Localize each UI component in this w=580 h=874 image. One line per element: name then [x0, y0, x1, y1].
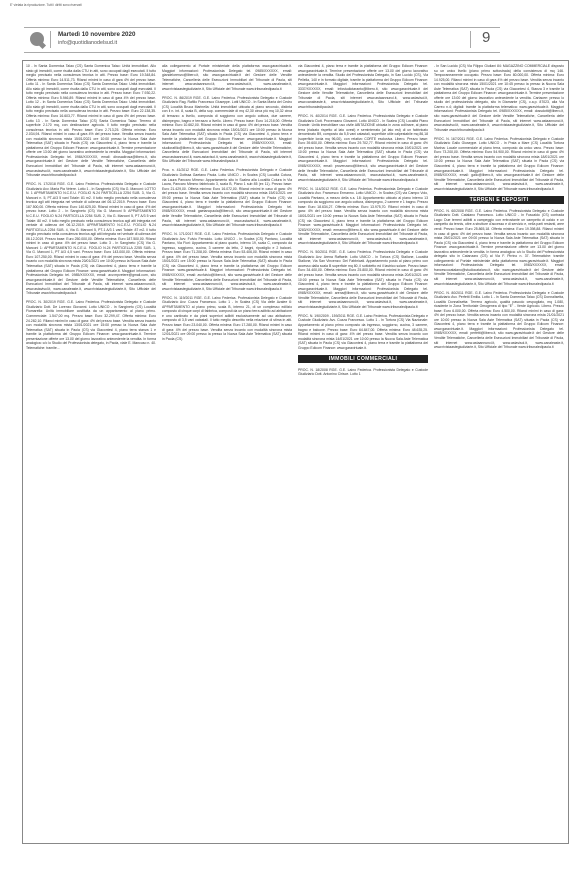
notice: PROC. N. 30/2019 RGE. G.E. Laino Federic…	[26, 300, 156, 350]
notice: alla collegamento al Portale ministerial…	[162, 64, 292, 91]
notice: via Giacontesi 4, piano terra e tramite …	[298, 64, 428, 109]
section-header-terreni-depositi: TERRENI E DEPOSITI	[434, 196, 564, 204]
notice: PROC. N. 17/2018 RGE. G.E. Laino Federic…	[26, 182, 156, 296]
notice: PROC. N. 86/2019 RGE. G.E. Laino Federic…	[162, 96, 292, 164]
notice: PROC. N. 114/2012 RGE. G.E. Laino Federi…	[298, 187, 428, 246]
copyright-notice: E' vietata la riproduzione. Tutti i diri…	[10, 3, 82, 7]
notice: PROC. N. 50/2011 RGE. G.E. Laino Federic…	[298, 250, 428, 309]
section-header-immobili-commerciali: IMMOBILI COMMERCIALI	[298, 355, 428, 363]
page-header: Martedì 10 novembre 2020 info@quotidiano…	[24, 27, 500, 53]
header-divider	[470, 31, 471, 48]
notice: PROC. N. 40/2014 RGE. G.E. Laino Federic…	[298, 114, 428, 182]
column-2: alla collegamento al Portale ministerial…	[162, 64, 292, 346]
header-divider	[50, 31, 51, 48]
notice: PROC. N. 60/2008 RGE. G.E. Laino Federic…	[434, 209, 564, 286]
column-1: 10 - In Santa Domenica Talao (CS) Santa …	[26, 64, 156, 355]
issue-date: Martedì 10 novembre 2020	[58, 31, 135, 38]
notice: PROC. N. 167/2011 RGE. G.E. Laino Federi…	[434, 137, 564, 192]
notice: PROC. N. 190/2009 - 159/2011 RGE. G.E. L…	[298, 314, 428, 350]
notice: 10 - In Santa Domenica Talao (CS) Santa …	[26, 64, 156, 178]
column-3: via Giacontesi 4, piano terra e tramite …	[298, 64, 428, 381]
notice: PROC. N. 80/2011 RGE. G.E. Laino Federic…	[434, 291, 564, 350]
notice: PROC. N. 18/2008 RGE. G.E. Laino Federic…	[298, 368, 428, 377]
notice: - In San Lucido (CS) Via Filippo Giulian…	[434, 64, 564, 132]
notice: PROC. N. 119/2011 RGE. G.E. Laino Federi…	[162, 296, 292, 341]
page-number: 9	[482, 29, 490, 46]
column-4: - In San Lucido (CS) Via Filippo Giulian…	[434, 64, 564, 354]
newspaper-logo-icon	[30, 32, 44, 46]
notice: Proc. n. 41/2012 RGE. G.E. Laino Federic…	[162, 168, 292, 227]
contact-email: info@quotidianodelsud.it	[58, 40, 117, 46]
notice: PROC. N. 171/2017 RGE. G.E. Laino Federi…	[162, 232, 292, 291]
